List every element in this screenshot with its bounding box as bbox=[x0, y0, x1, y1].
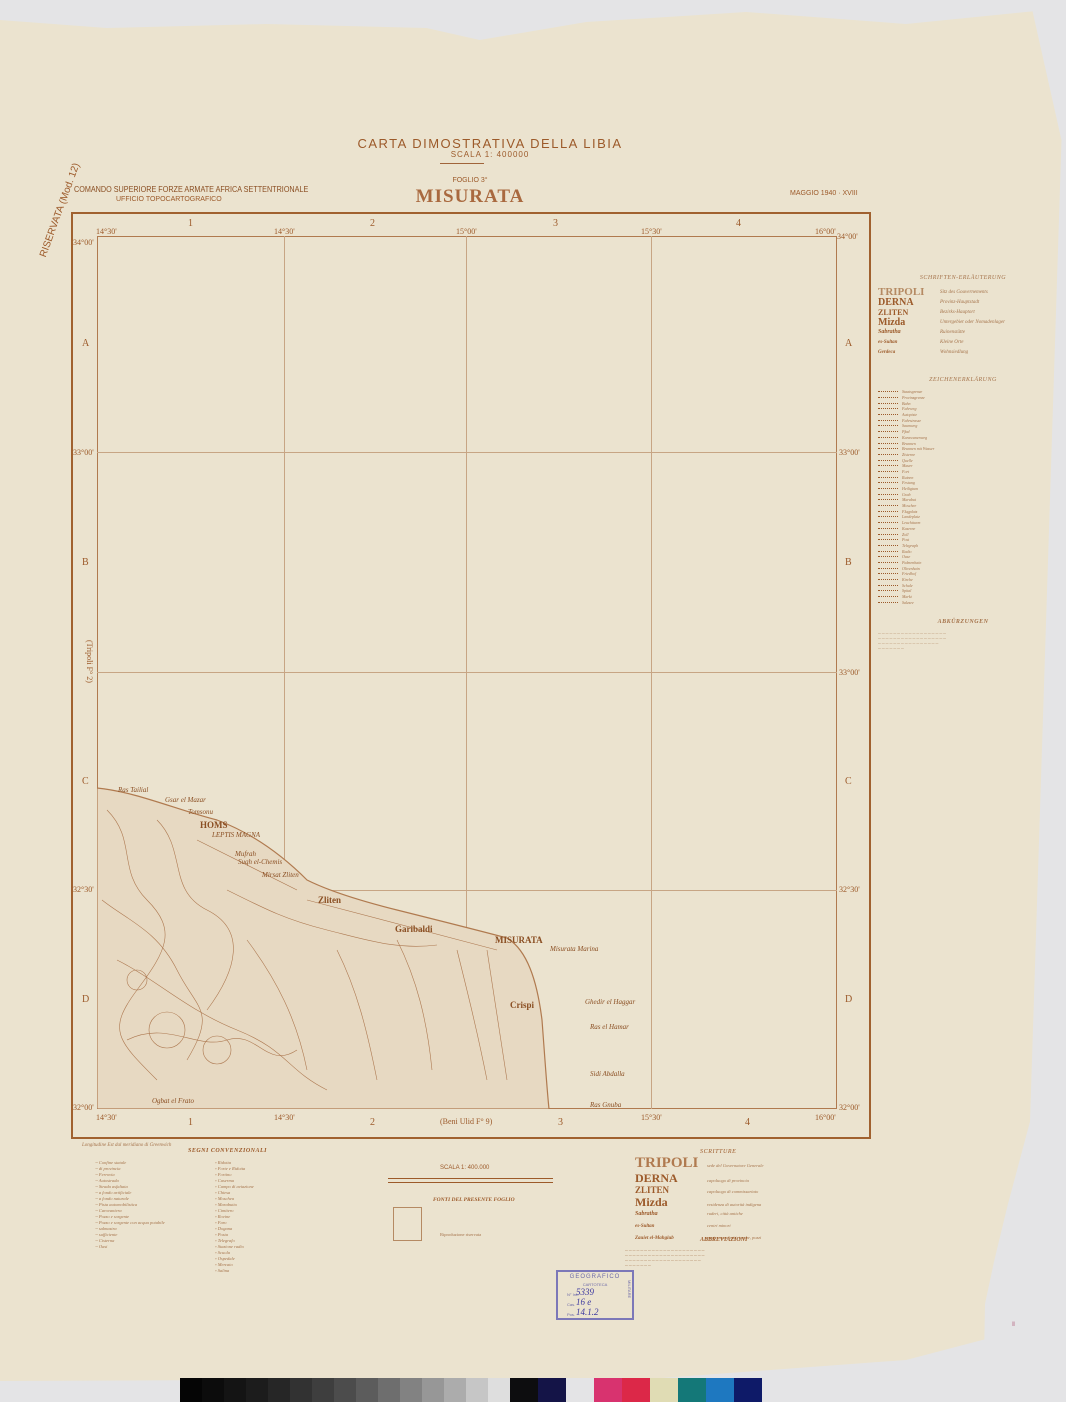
legend-symbol-icon bbox=[878, 556, 898, 557]
grid-letter-right: C bbox=[845, 776, 852, 787]
scritture-row: Sabratharuderi, città antiche bbox=[635, 1211, 743, 1217]
latitude-label: 33°00' bbox=[839, 448, 860, 457]
longitude-label: 16°00' bbox=[815, 1113, 836, 1122]
color-swatch bbox=[356, 1378, 378, 1402]
legend-symbol-icon bbox=[878, 585, 898, 586]
symbols-legend-title: ZEICHENERKLÄRUNG bbox=[878, 377, 1048, 383]
color-swatch bbox=[180, 1378, 202, 1402]
map-place-label: Crispi bbox=[510, 1000, 534, 1010]
legend-symbol-icon bbox=[878, 499, 898, 500]
color-swatch bbox=[224, 1378, 246, 1402]
scritture-row: es-Sultancentri minori bbox=[635, 1223, 731, 1229]
legend-symbol-icon bbox=[878, 494, 898, 495]
map-place-label: Mirsat Zliten bbox=[262, 871, 299, 879]
legend-symbol-icon bbox=[878, 590, 898, 591]
map-sheet: CARTA DIMOSTRATIVA DELLA LIBIA SCALA 1: … bbox=[0, 0, 1066, 1402]
legend-symbol-icon bbox=[878, 425, 898, 426]
legend-row: TRIPOLISitz des Gouvernements bbox=[878, 287, 1048, 297]
latitude-label: 33°00' bbox=[839, 668, 860, 677]
legend-symbol-icon bbox=[878, 391, 898, 392]
segni-right-list: ▫ Ridotta▫ Forte e Ridotta▫ Fortino▫ Cas… bbox=[215, 1160, 315, 1274]
map-place-label: Misurata Marina bbox=[550, 945, 598, 953]
map-place-label: Sidi Abdalla bbox=[590, 1070, 625, 1078]
map-place-label: MISURATA bbox=[495, 935, 543, 945]
longitude-label: 15°00' bbox=[456, 227, 477, 236]
legend-symbol-icon bbox=[878, 539, 898, 540]
abbreviazioni-text: ─ ─ ─ ─ ─ ─ ─ ─ ─ ─ ─ ─ ─ ─ ─ ─ ─ ─ ─ ─ … bbox=[625, 1248, 825, 1268]
legend-symbol-icon bbox=[878, 414, 898, 415]
grid-number-bottom: 1 bbox=[188, 1117, 193, 1128]
grid-letter-left: B bbox=[82, 557, 89, 568]
legend-symbol-icon bbox=[878, 477, 898, 478]
legend-symbol-icon bbox=[878, 545, 898, 546]
legend-symbol-icon bbox=[878, 562, 898, 563]
latitude-label: 33°00' bbox=[73, 448, 94, 457]
scripts-legend-title: SCHRIFTEN-ERLÄUTERUNG bbox=[878, 275, 1048, 281]
sources-title: FONTI DEL PRESENTE FOGLIO bbox=[433, 1197, 515, 1203]
color-swatch bbox=[706, 1378, 734, 1402]
color-swatch bbox=[378, 1378, 400, 1402]
legend-symbol-icon bbox=[878, 488, 898, 489]
latitude-label: 32°00' bbox=[839, 1103, 860, 1112]
grid-number-top: 1 bbox=[188, 218, 193, 229]
map-place-label: Tomsonu bbox=[188, 808, 213, 816]
color-swatch bbox=[538, 1378, 566, 1402]
grid-number-bottom: 3 bbox=[558, 1117, 563, 1128]
legend-symbol-icon bbox=[878, 443, 898, 444]
symbols-list: StaatsgrenzeProvinzgrenzeBahnFahrwegAuto… bbox=[878, 389, 1048, 605]
legend-symbol-icon bbox=[878, 460, 898, 461]
color-calibration-bar bbox=[180, 1378, 762, 1402]
series-scale: SCALA 1: 400000 bbox=[300, 150, 680, 159]
abbreviazioni-title: ABBREVIAZIONI bbox=[700, 1237, 747, 1243]
color-swatch bbox=[202, 1378, 224, 1402]
color-swatch bbox=[594, 1378, 622, 1402]
legend-symbol-icon bbox=[878, 431, 898, 432]
scritture-row: TRIPOLIsede del Governatore Generale bbox=[635, 1155, 763, 1172]
segni-title: SEGNI CONVENZIONALI bbox=[188, 1148, 267, 1154]
legend-symbol-icon bbox=[878, 573, 898, 574]
grid-line-horizontal bbox=[97, 452, 837, 453]
title-divider bbox=[440, 163, 484, 164]
archive-stamp: GEOGRAFICO CARTOTECA MILITARE N° Inv.533… bbox=[556, 1270, 634, 1320]
grid-letter-left: C bbox=[82, 776, 89, 787]
map-place-label: Ras Tailial bbox=[118, 786, 148, 794]
legend-german: SCHRIFTEN-ERLÄUTERUNG TRIPOLISitz des Go… bbox=[878, 275, 1048, 651]
color-swatch bbox=[246, 1378, 268, 1402]
abbreviations-title: ABKÜRZUNGEN bbox=[878, 619, 1048, 625]
legend-symbol-icon bbox=[878, 397, 898, 398]
grid-number-bottom: 2 bbox=[370, 1117, 375, 1128]
grid-letter-left: D bbox=[82, 994, 89, 1005]
office-title: UFFICIO TOPOCARTOGRAFICO bbox=[116, 196, 222, 203]
legend-symbol-icon bbox=[878, 448, 898, 449]
grid-number-top: 3 bbox=[553, 218, 558, 229]
grid-number-top: 4 bbox=[736, 218, 741, 229]
legend-row: es-SultanKleine Orte bbox=[878, 337, 1048, 347]
map-place-label: Ras el Hamar bbox=[590, 1023, 629, 1031]
legend-row: DERNAProvinz-Hauptstadt bbox=[878, 297, 1048, 307]
color-swatch bbox=[312, 1378, 334, 1402]
legend-symbol-icon bbox=[878, 528, 898, 529]
color-swatch bbox=[622, 1378, 650, 1402]
map-place-label: Mufrah bbox=[235, 850, 256, 858]
legend-row: ZLITENBezirks-Hauptort bbox=[878, 307, 1048, 317]
grid-letter-right: B bbox=[845, 557, 852, 568]
color-swatch bbox=[444, 1378, 466, 1402]
legend-row: MizdaUntergebiet oder Nomadenlager bbox=[878, 317, 1048, 327]
legend-symbol-icon bbox=[878, 437, 898, 438]
coastline-terrain bbox=[97, 780, 552, 1109]
series-title: CARTA DIMOSTRATIVA DELLA LIBIA bbox=[300, 136, 680, 151]
grid-letter-right: D bbox=[845, 994, 852, 1005]
legend-row: GerdecaWohnsiedlung bbox=[878, 347, 1048, 357]
latitude-label: 34°00' bbox=[73, 238, 94, 247]
legend-row: SabrathaRuinenstätte bbox=[878, 327, 1048, 337]
longitude-note: Longitudine Est dal meridiano di Greenwi… bbox=[82, 1143, 171, 1148]
latitude-label: 32°30' bbox=[839, 885, 860, 894]
legend-symbol-icon bbox=[878, 420, 898, 421]
legend-symbol-icon bbox=[878, 579, 898, 580]
color-swatch bbox=[488, 1378, 510, 1402]
longitude-label: 15°30' bbox=[641, 227, 662, 236]
color-swatch bbox=[466, 1378, 488, 1402]
legend-symbol-icon bbox=[878, 454, 898, 455]
map-place-label: Ghedir el Haggar bbox=[585, 998, 635, 1006]
color-swatch bbox=[290, 1378, 312, 1402]
grid-letter-right: A bbox=[845, 338, 852, 349]
legend-symbol-icon bbox=[878, 511, 898, 512]
grid-number-bottom: 4 bbox=[745, 1117, 750, 1128]
abbreviations-text: ─ ─ ─ ─ ─ ─ ─ ─ ─ ─ ─ ─ ─ ─ ─ ─ ─ ── ─ ─… bbox=[878, 631, 1048, 651]
legend-symbol-icon bbox=[878, 522, 898, 523]
sources-note: Riproduzione riservata bbox=[440, 1232, 481, 1237]
map-place-label: Zliten bbox=[318, 895, 341, 905]
grid-number-top: 2 bbox=[370, 218, 375, 229]
map-place-label: Garibaldi bbox=[395, 924, 433, 934]
scale-bar-label: SCALA 1: 400.000 bbox=[440, 1165, 489, 1171]
longitude-label: 14°30' bbox=[96, 1113, 117, 1122]
adjacent-sheet-west: (Tripoli F° 2) bbox=[85, 640, 94, 683]
color-swatch bbox=[650, 1378, 678, 1402]
legend-symbol-icon bbox=[878, 471, 898, 472]
scritture-row: DERNAcapoluogo di provincia bbox=[635, 1171, 749, 1186]
map-place-label: LEPTIS MAGNA bbox=[212, 831, 260, 839]
position-number: 14.1.2 bbox=[576, 1307, 599, 1317]
color-swatch bbox=[268, 1378, 290, 1402]
color-swatch bbox=[510, 1378, 538, 1402]
command-title: COMANDO SUPERIORE FORZE ARMATE AFRICA SE… bbox=[74, 184, 308, 194]
latitude-label: 32°30' bbox=[73, 885, 94, 894]
color-swatch bbox=[566, 1378, 594, 1402]
legend-symbol-icon bbox=[878, 482, 898, 483]
map-place-label: Ogbat el Frato bbox=[152, 1097, 194, 1105]
segni-left-list: ┄ Confine statale┄ di provincia┄ Ferrovi… bbox=[95, 1160, 205, 1250]
scale-bar bbox=[388, 1178, 553, 1183]
latitude-label: 34°00' bbox=[837, 232, 858, 241]
segni-item: ┄ Oasi bbox=[95, 1244, 205, 1250]
catalog-label-fragment: ||| bbox=[1012, 1322, 1015, 1327]
legend-symbol-icon bbox=[878, 516, 898, 517]
legend-symbol-icon bbox=[878, 534, 898, 535]
scritture-row: ZLITENcapoluogo di commissariato bbox=[635, 1185, 758, 1195]
sheet-name: MISURATA bbox=[300, 186, 640, 208]
color-swatch bbox=[400, 1378, 422, 1402]
edition-date: MAGGIO 1940 · XVIII bbox=[790, 190, 858, 197]
legend-symbol-icon bbox=[878, 403, 898, 404]
map-place-label: Suqh el-Chemis bbox=[238, 858, 282, 866]
grid-line-horizontal bbox=[97, 672, 837, 673]
sheet-number: FOGLIO 3° bbox=[300, 177, 640, 184]
longitude-label: 16°00' bbox=[815, 227, 836, 236]
legend-symbol-icon bbox=[878, 465, 898, 466]
legend-symbol-icon bbox=[878, 408, 898, 409]
map-place-label: HOMS bbox=[200, 820, 228, 830]
segni-item: ▫ Salina bbox=[215, 1268, 315, 1274]
inventory-number: 5339 bbox=[576, 1287, 594, 1297]
longitude-label: 15°30' bbox=[641, 1113, 662, 1122]
map-place-label: Ras Gnuba bbox=[590, 1101, 621, 1109]
adjacent-sheet-south: (Beni Ulid F° 9) bbox=[440, 1117, 492, 1126]
grid-letter-left: A bbox=[82, 338, 89, 349]
legend-symbol-icon bbox=[878, 551, 898, 552]
legend-symbol-icon bbox=[878, 602, 898, 603]
color-swatch bbox=[734, 1378, 762, 1402]
latitude-label: 32°00' bbox=[73, 1103, 94, 1112]
legend-symbol-icon bbox=[878, 568, 898, 569]
scritture-row: Mizdaresidenza di autorità indigena bbox=[635, 1195, 761, 1210]
case-number: 16 e bbox=[576, 1297, 591, 1307]
color-swatch bbox=[334, 1378, 356, 1402]
legend-symbol-icon bbox=[878, 596, 898, 597]
color-swatch bbox=[422, 1378, 444, 1402]
longitude-label: 14°30' bbox=[274, 1113, 295, 1122]
longitude-label: 14°30' bbox=[274, 227, 295, 236]
longitude-label: 14°30' bbox=[96, 227, 117, 236]
legend-symbol-icon bbox=[878, 505, 898, 506]
color-swatch bbox=[678, 1378, 706, 1402]
sources-index-diagram bbox=[393, 1207, 422, 1241]
map-place-label: Gsar el Mazar bbox=[165, 796, 206, 804]
